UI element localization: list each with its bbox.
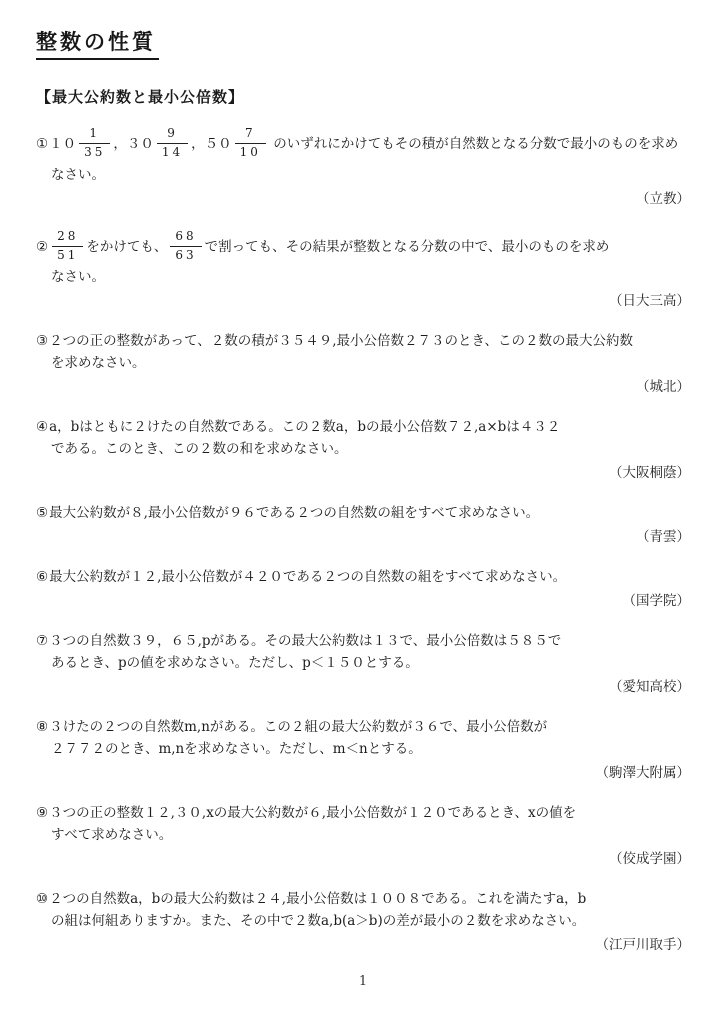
- problem-line: ２７７２のとき、m,nを求めなさい。ただし、m＜nとする。: [51, 738, 690, 760]
- fraction-denominator: 10: [235, 143, 266, 161]
- problem: ⑥最大公約数が１２,最小公倍数が４２０である２つの自然数の組をすべて求めなさい。…: [36, 566, 690, 612]
- problem-line: あるとき、pの値を求めなさい。ただし、p＜１５０とする。: [51, 652, 690, 674]
- problem-text: 最大公約数が１２,最小公倍数が４２０である２つの自然数の組をすべて求めなさい。: [49, 569, 566, 585]
- problem-text: あるとき、pの値を求めなさい。ただし、p＜１５０とする。: [51, 655, 419, 671]
- problem-number: ⑤: [36, 505, 48, 521]
- problem-number: ⑥: [36, 569, 48, 585]
- problem-number: ⑧: [36, 719, 48, 735]
- section-heading: 【最大公約数と最小公倍数】: [36, 86, 690, 107]
- problem-text: ，５０: [191, 136, 232, 152]
- problem-number: ①: [36, 136, 48, 152]
- problem-source: （国学院）: [51, 590, 690, 612]
- problem: ⑩２つの自然数a，bの最大公約数は２４,最小公倍数は１００８である。これを満たす…: [36, 888, 690, 956]
- problem-text: なさい。: [51, 167, 105, 183]
- problem: ⑤最大公約数が８,最小公倍数が９６である２つの自然数の組をすべて求めなさい。（青…: [36, 502, 690, 548]
- problem-line: ⑤最大公約数が８,最小公倍数が９６である２つの自然数の組をすべて求めなさい。: [51, 502, 690, 524]
- problem: ④a，bはともに２けたの自然数である。この２数a，bの最小公倍数７２,a×bは４…: [36, 416, 690, 484]
- problem-text: ，３０: [113, 136, 154, 152]
- problem-line: の組は何組ありますか。また、その中で２数a,b(a＞b)の差が最小の２数を求めな…: [51, 910, 690, 932]
- fraction: 914: [157, 126, 188, 161]
- fraction: 135: [79, 126, 110, 161]
- problem-text: ２つの正の整数があって、２数の積が３５４９,最小公倍数２７３のとき、この２数の最…: [49, 333, 633, 349]
- problem-line: なさい。: [51, 266, 690, 288]
- problem-line: ⑥最大公約数が１２,最小公倍数が４２０である２つの自然数の組をすべて求めなさい。: [51, 566, 690, 588]
- problem: ②2851をかけても、6863で割っても、その結果が整数となる分数の中で、最小の…: [36, 228, 690, 313]
- page-number: 1: [36, 974, 690, 989]
- problem-text: 最大公約数が８,最小公倍数が９６である２つの自然数の組をすべて求めなさい。: [49, 505, 539, 521]
- problem-text: で割っても、その結果が整数となる分数の中で、最小のものを求め: [205, 239, 610, 255]
- problem-source: （江戸川取手）: [51, 934, 690, 956]
- problem: ③２つの正の整数があって、２数の積が３５４９,最小公倍数２７３のとき、この２数の…: [36, 330, 690, 398]
- problem-line: なさい。: [51, 164, 690, 186]
- problem-text: a，bはともに２けたの自然数である。この２数a，bの最小公倍数７２,a×bは４３…: [49, 419, 560, 435]
- problem-list: ①１０135，３０914，５０710 のいずれにかけてもその積が自然数となる分数…: [36, 125, 690, 956]
- worksheet-page: 整数の性質 【最大公約数と最小公倍数】 ①１０135，３０914，５０710 の…: [0, 0, 724, 1024]
- fraction-denominator: 14: [157, 143, 188, 161]
- fraction-numerator: 1: [79, 126, 110, 143]
- fraction-numerator: 28: [52, 229, 83, 246]
- problem-line: ⑨３つの正の整数１２,３０,xの最大公約数が６,最小公倍数が１２０であるとき、x…: [51, 802, 690, 824]
- problem-text: である。このとき、この２数の和を求めなさい。: [51, 441, 347, 457]
- problem-line: である。このとき、この２数の和を求めなさい。: [51, 438, 690, 460]
- problem-source: （青雲）: [51, 526, 690, 548]
- problem-number: ⑦: [36, 633, 48, 649]
- fraction-denominator: 63: [170, 246, 201, 264]
- problem-line: ④a，bはともに２けたの自然数である。この２数a，bの最小公倍数７２,a×bは４…: [51, 416, 690, 438]
- problem-line: ⑩２つの自然数a，bの最大公約数は２４,最小公倍数は１００８である。これを満たす…: [51, 888, 690, 910]
- page-title: 整数の性質: [36, 30, 159, 60]
- problem-number: ⑨: [36, 805, 48, 821]
- problem-source: （日大三高）: [51, 290, 690, 312]
- problem-line: を求めなさい。: [51, 352, 690, 374]
- problem-number: ⑩: [36, 891, 48, 907]
- problem-number: ③: [36, 333, 48, 349]
- problem: ⑦３つの自然数３９，６５,pがある。その最大公約数は１３で、最小公倍数は５８５で…: [36, 630, 690, 698]
- problem-text: なさい。: [51, 269, 105, 285]
- problem-line: ⑧３けたの２つの自然数m,nがある。この２組の最大公約数が３６で、最小公倍数が: [51, 716, 690, 738]
- problem-source: （城北）: [51, 376, 690, 398]
- fraction: 710: [235, 126, 266, 161]
- fraction: 6863: [170, 229, 201, 264]
- problem-text: をかけても、: [86, 239, 167, 255]
- fraction-numerator: 7: [235, 126, 266, 143]
- problem-source: （駒澤大附属）: [51, 762, 690, 784]
- problem-text: ２つの自然数a，bの最大公約数は２４,最小公倍数は１００８である。これを満たすa…: [49, 891, 586, 907]
- problem-source: （佼成学園）: [51, 848, 690, 870]
- problem-line: ②2851をかけても、6863で割っても、その結果が整数となる分数の中で、最小の…: [51, 228, 690, 267]
- problem-text: すべて求めなさい。: [51, 827, 172, 843]
- problem-line: ⑦３つの自然数３９，６５,pがある。その最大公約数は１３で、最小公倍数は５８５で: [51, 630, 690, 652]
- fraction: 2851: [52, 229, 83, 264]
- problem-text: を求めなさい。: [51, 355, 146, 371]
- problem-text: ３つの自然数３９，６５,pがある。その最大公約数は１３で、最小公倍数は５８５で: [49, 633, 561, 649]
- problem: ①１０135，３０914，５０710 のいずれにかけてもその積が自然数となる分数…: [36, 125, 690, 210]
- problem-line: ①１０135，３０914，５０710 のいずれにかけてもその積が自然数となる分数…: [51, 125, 690, 164]
- fraction-denominator: 35: [79, 143, 110, 161]
- problem-text: １０: [49, 136, 76, 152]
- problem-text: のいずれにかけてもその積が自然数となる分数で最小のものを求め: [269, 136, 678, 152]
- fraction-numerator: 9: [157, 126, 188, 143]
- problem-text: の組は何組ありますか。また、その中で２数a,b(a＞b)の差が最小の２数を求めな…: [51, 913, 585, 929]
- problem-line: すべて求めなさい。: [51, 824, 690, 846]
- problem: ⑧３けたの２つの自然数m,nがある。この２組の最大公約数が３６で、最小公倍数が２…: [36, 716, 690, 784]
- problem-source: （愛知高校）: [51, 676, 690, 698]
- problem-number: ④: [36, 419, 48, 435]
- fraction-denominator: 51: [52, 246, 83, 264]
- problem-line: ③２つの正の整数があって、２数の積が３５４９,最小公倍数２７３のとき、この２数の…: [51, 330, 690, 352]
- problem: ⑨３つの正の整数１２,３０,xの最大公約数が６,最小公倍数が１２０であるとき、x…: [36, 802, 690, 870]
- problem-text: ３つの正の整数１２,３０,xの最大公約数が６,最小公倍数が１２０であるとき、xの…: [49, 805, 576, 821]
- problem-source: （立教）: [51, 188, 690, 210]
- problem-text: ２７７２のとき、m,nを求めなさい。ただし、m＜nとする。: [51, 741, 422, 757]
- problem-text: ３けたの２つの自然数m,nがある。この２組の最大公約数が３６で、最小公倍数が: [49, 719, 547, 735]
- problem-number: ②: [36, 239, 48, 255]
- problem-source: （大阪桐蔭）: [51, 462, 690, 484]
- fraction-numerator: 68: [170, 229, 201, 246]
